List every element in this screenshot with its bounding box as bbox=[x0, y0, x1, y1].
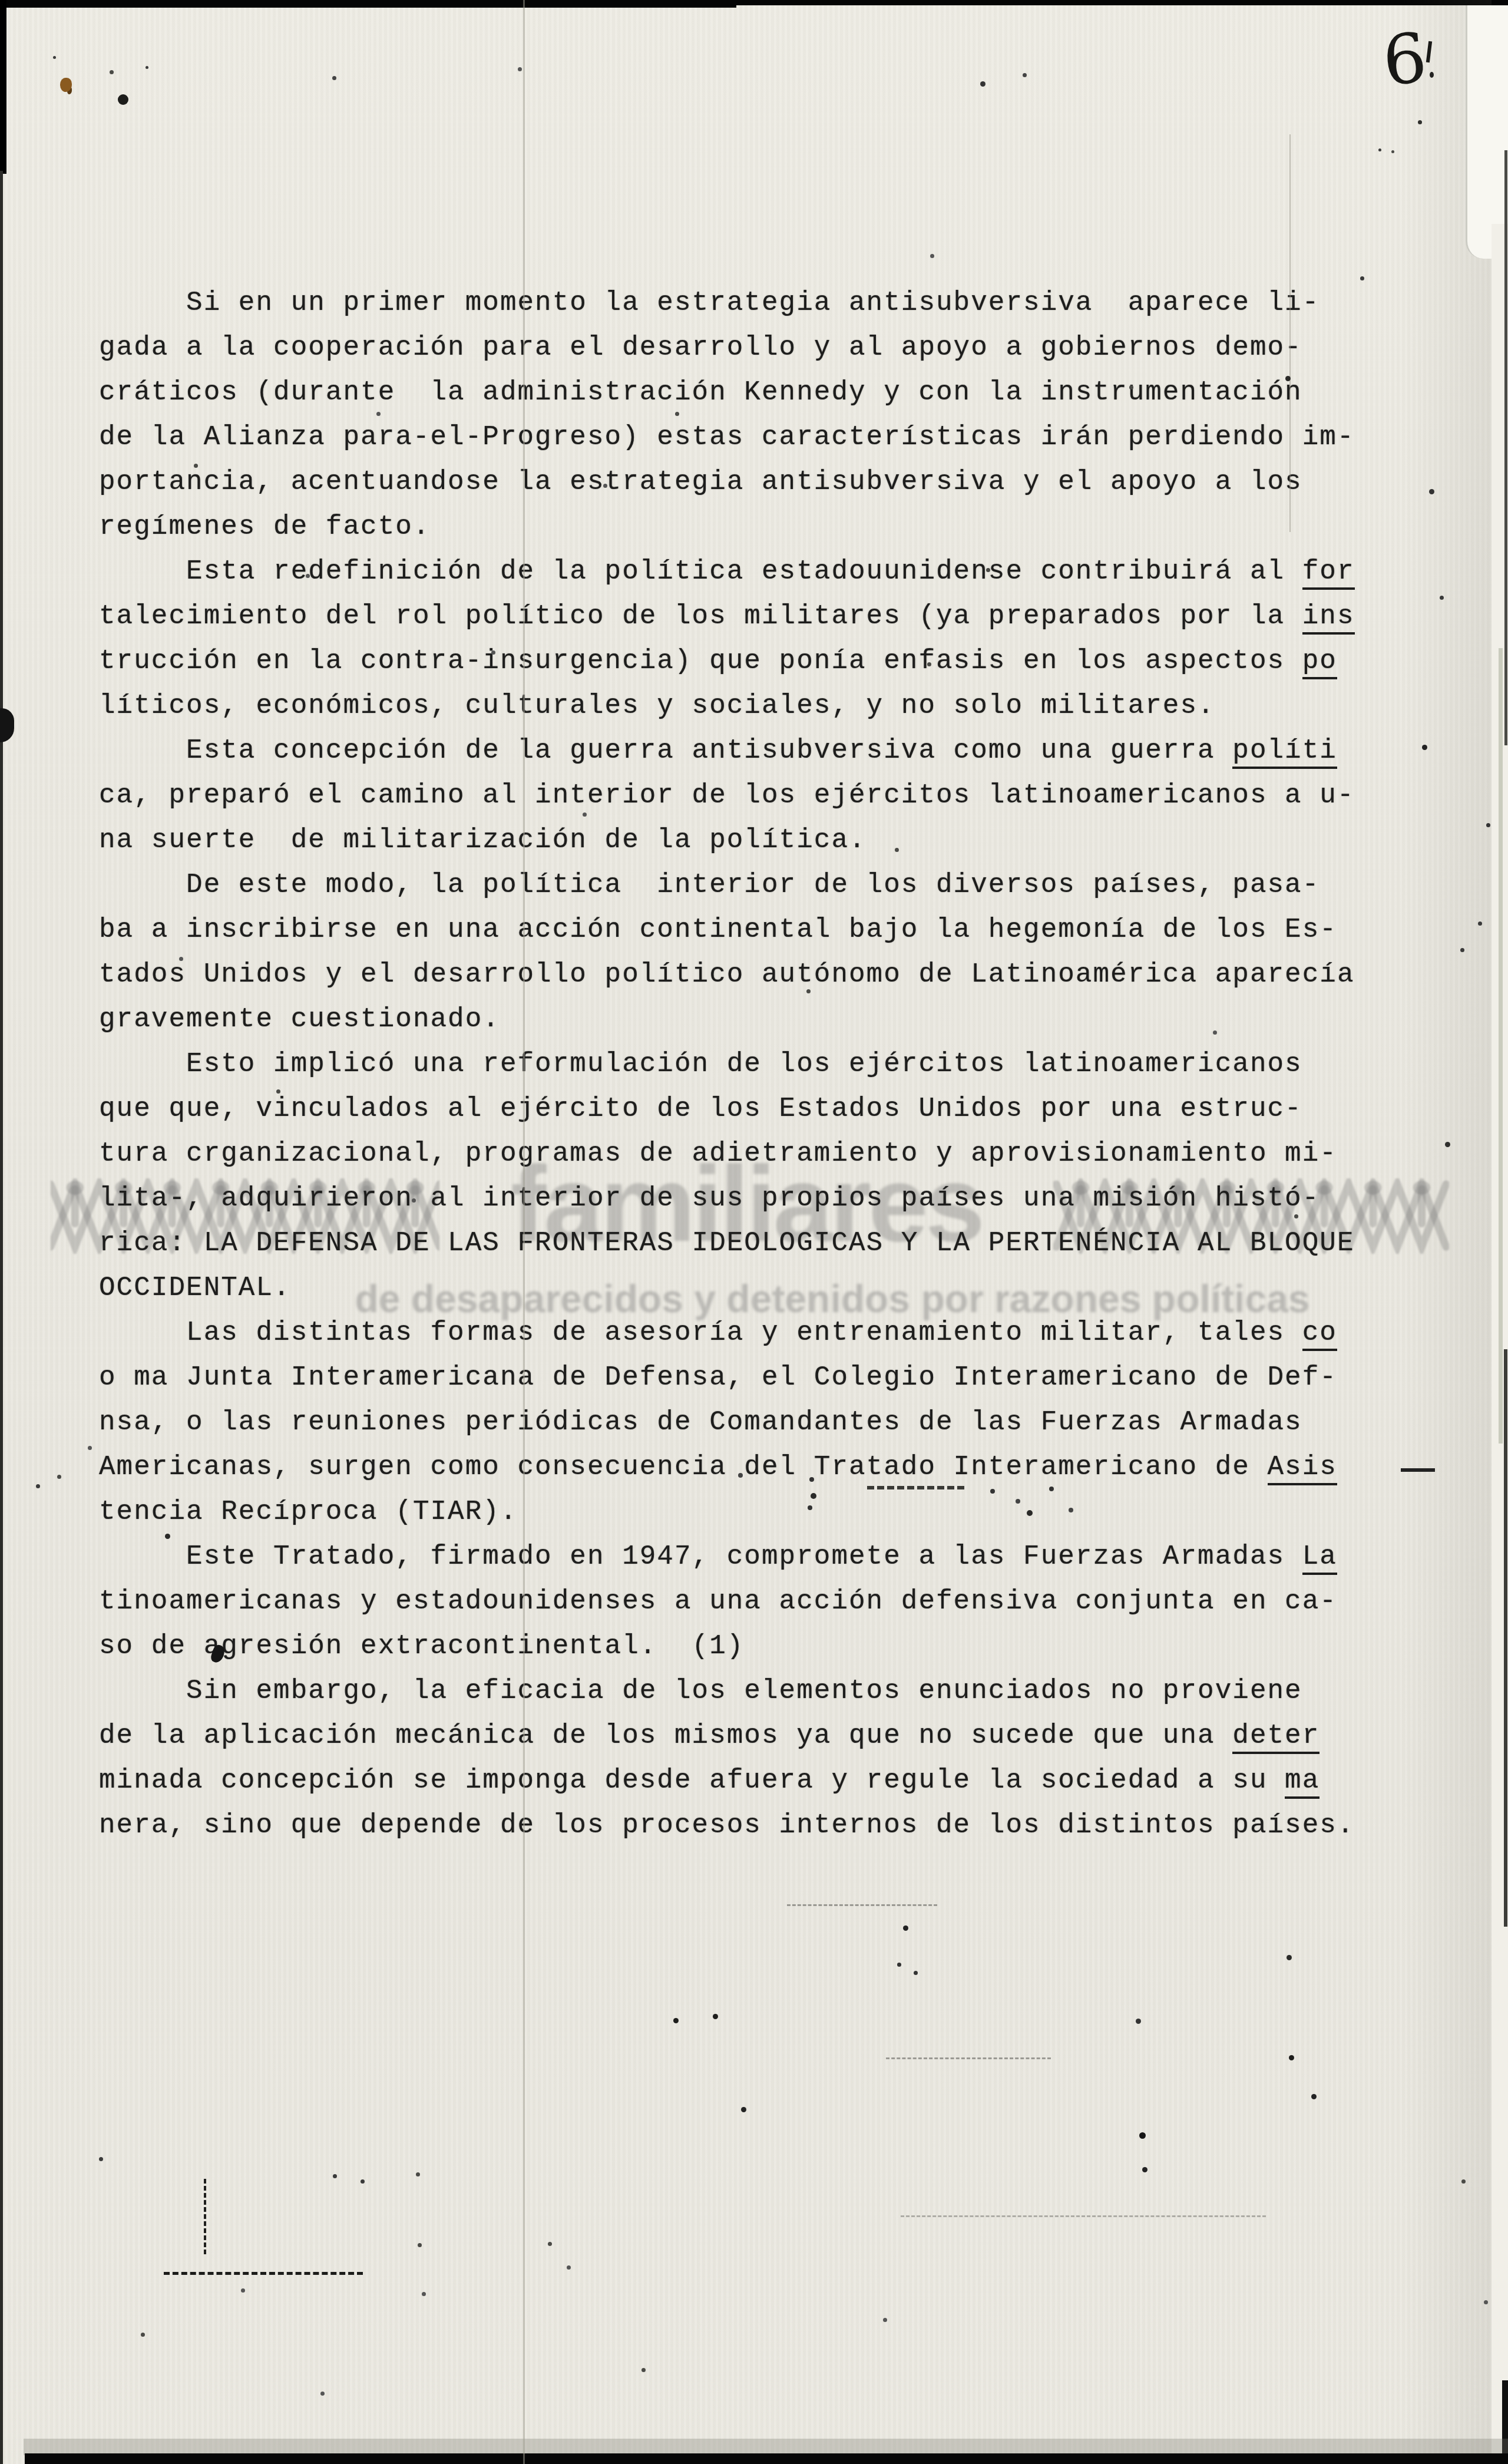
scan-shading bbox=[1402, 0, 1492, 2464]
paragraph: Esta concepción de la guerra antisubvers… bbox=[99, 728, 1436, 863]
ink-blot bbox=[118, 94, 128, 105]
paper-corner bbox=[1466, 5, 1508, 259]
text-line: o ma Junta Interamericana de Defensa, el… bbox=[99, 1355, 1436, 1400]
paragraph: De este modo, la política interior de lo… bbox=[99, 863, 1436, 1042]
pen-dashed-line bbox=[164, 2272, 363, 2275]
text-line: rica: LA DEFENSA DE LAS FRONTERAS IDEOLO… bbox=[99, 1221, 1436, 1266]
ink-smudge bbox=[1401, 1468, 1435, 1472]
text-line: cráticos (durante la administración Kenn… bbox=[99, 370, 1436, 415]
scan-edge-left bbox=[0, 171, 3, 2464]
text-line: minada concepción se imponga desde afuer… bbox=[99, 1758, 1436, 1803]
ink-blot bbox=[0, 708, 14, 742]
text-line: na suerte de militarización de la políti… bbox=[99, 818, 1436, 863]
rust-stain bbox=[60, 78, 72, 92]
paragraph: Si en un primer momento la estrategia an… bbox=[99, 280, 1436, 549]
ink-smudge bbox=[0, 0, 4, 4]
scan-noise-line bbox=[886, 2057, 1051, 2059]
scan-edge-left bbox=[0, 0, 6, 174]
text-line: trucción en la contra-insurgencia) que p… bbox=[99, 639, 1436, 683]
text-line: Este Tratado, firmado en 1947, compromet… bbox=[99, 1534, 1436, 1579]
text-line: tencia Recíproca (TIAR). bbox=[99, 1489, 1436, 1534]
paragraph: Este Tratado, firmado en 1947, compromet… bbox=[99, 1534, 1436, 1669]
text-line: que que, vinculados al ejército de los E… bbox=[99, 1086, 1436, 1131]
text-line: De este modo, la política interior de lo… bbox=[99, 863, 1436, 907]
text-line: lita-, adquirieron al interior de sus pr… bbox=[99, 1176, 1436, 1221]
paragraph: Sin embargo, la eficacia de los elemento… bbox=[99, 1669, 1436, 1848]
text-line: OCCIDENTAL. bbox=[99, 1266, 1436, 1310]
scan-edge-right bbox=[1504, 150, 1507, 745]
scan-noise-line bbox=[901, 2215, 1266, 2217]
text-line: tados Unidos y el desarrollo político au… bbox=[99, 952, 1436, 997]
document-body: Si en un primer momento la estrategia an… bbox=[99, 280, 1436, 1848]
scan-streak bbox=[1499, 648, 1503, 1444]
paper-fold-line bbox=[1289, 134, 1291, 532]
text-line: Esta concepción de la guerra antisubvers… bbox=[99, 728, 1436, 773]
text-line: tura crganizacional, programas de adietr… bbox=[99, 1131, 1436, 1176]
text-line: de la Alianza para-el-Progreso) estas ca… bbox=[99, 415, 1436, 460]
text-line: so de agresión extracontinental. (1) bbox=[99, 1624, 1436, 1669]
scan-noise-line bbox=[787, 1904, 937, 1906]
text-line: Sin embargo, la eficacia de los elemento… bbox=[99, 1669, 1436, 1713]
text-line: líticos, económicos, culturales y social… bbox=[99, 683, 1436, 728]
text-line: talecimiento del rol político de los mil… bbox=[99, 594, 1436, 639]
text-line: ca, preparó el camino al interior de los… bbox=[99, 773, 1436, 818]
scanned-document-page: familiares de desaparecidos y detenidos … bbox=[0, 0, 1508, 2464]
text-line: gravemente cuestionado. bbox=[99, 997, 1436, 1042]
scan-edge-top bbox=[0, 0, 736, 8]
scan-edge-right bbox=[1504, 1349, 1507, 1927]
text-line: Si en un primer momento la estrategia an… bbox=[99, 280, 1436, 325]
pen-stroke-mark bbox=[204, 2179, 209, 2254]
scan-edge-bottom bbox=[24, 2439, 1508, 2455]
text-line: de la aplicación mecánica de los mismos … bbox=[99, 1713, 1436, 1758]
text-line: regímenes de facto. bbox=[99, 504, 1436, 549]
text-line: gada a la cooperación para el desarrollo… bbox=[99, 325, 1436, 370]
paragraph: Las distintas formas de asesoría y entre… bbox=[99, 1310, 1436, 1534]
paragraph: Esta redefinición de la política estadou… bbox=[99, 549, 1436, 728]
paper-fold-line bbox=[523, 0, 525, 2464]
text-line: ba a inscribirse en una acción continent… bbox=[99, 907, 1436, 952]
text-line: Esta redefinición de la política estadou… bbox=[99, 549, 1436, 594]
text-line: portancia, acentuandose la estrategia an… bbox=[99, 460, 1436, 504]
text-line: Esto implicó una reformulación de los ej… bbox=[99, 1042, 1436, 1086]
paragraph: Esto implicó una reformulación de los ej… bbox=[99, 1042, 1436, 1310]
text-line: nsa, o las reuniones periódicas de Coman… bbox=[99, 1400, 1436, 1445]
text-line: nera, sino que depende de los procesos i… bbox=[99, 1803, 1436, 1848]
text-line: Americanas, surgen como consecuencia del… bbox=[99, 1445, 1436, 1489]
scan-edge-bottom bbox=[25, 2453, 1508, 2464]
ink-smudge bbox=[867, 1486, 964, 1489]
text-line: tinoamericanas y estadounidenses a una a… bbox=[99, 1579, 1436, 1624]
text-line: Las distintas formas de asesoría y entre… bbox=[99, 1310, 1436, 1355]
